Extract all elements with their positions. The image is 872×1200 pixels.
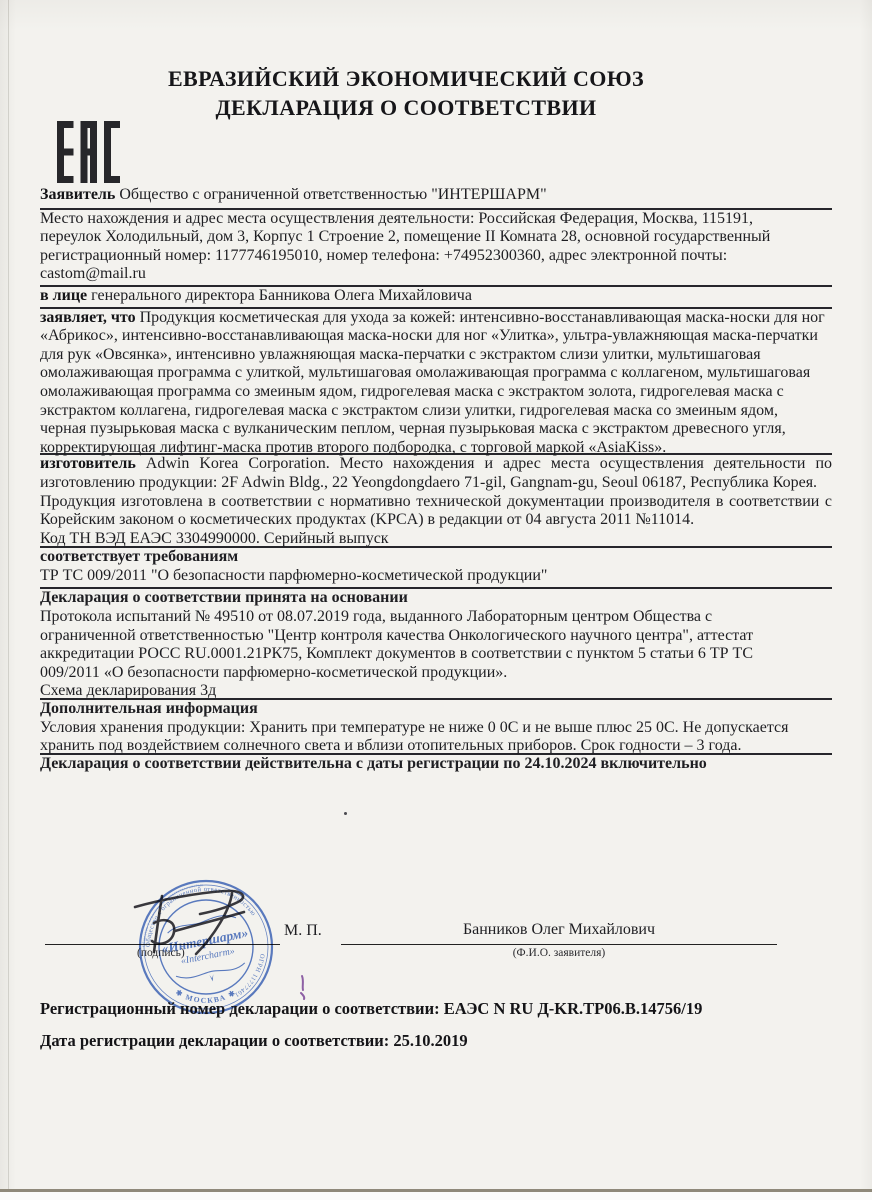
product-list-value: Продукция косметическая для ухода за кож… xyxy=(40,309,825,456)
declaration-of-conformity-document: ЕВРАЗИЙСКИЙ ЭКОНОМИЧЕСКИЙ СОЮЗ ДЕКЛАРАЦИ… xyxy=(0,0,872,1200)
additional-info-heading: Дополнительная информация xyxy=(40,700,832,719)
production-note-value: Продукция изготовлена в соответствии с н… xyxy=(40,493,832,529)
in-person-label: в лице xyxy=(40,287,87,304)
production-note-row: Продукция изготовлена в соответствии с н… xyxy=(40,493,832,530)
manufacturer-row: изготовитель Adwin Korea Corporation. Ме… xyxy=(40,455,832,492)
basis-heading: Декларация о соответствии принята на осн… xyxy=(40,589,832,608)
manufacturer-value: Adwin Korea Corporation. Место нахождени… xyxy=(40,455,832,491)
address-value: Место нахождения и адрес места осуществл… xyxy=(40,210,770,283)
applicant-label: Заявитель xyxy=(40,186,115,203)
registration-number-label: Регистрационный номер декларации о соотв… xyxy=(40,999,440,1018)
address-row: Место нахождения и адрес места осуществл… xyxy=(40,210,832,284)
handwritten-signature xyxy=(118,876,290,968)
declares-label: заявляет, что xyxy=(40,309,136,326)
complies-heading: соответствует требованиям xyxy=(40,548,832,567)
registration-number-value: ЕАЭС N RU Д-KR.ТР06.В.14756/19 xyxy=(444,999,703,1018)
scan-edge-streak xyxy=(8,0,9,1190)
complies-regulation: ТР ТС 009/2011 "О безопасности парфюмерн… xyxy=(40,567,832,586)
document-header: ЕВРАЗИЙСКИЙ ЭКОНОМИЧЕСКИЙ СОЮЗ ДЕКЛАРАЦИ… xyxy=(0,64,812,122)
document-title: ДЕКЛАРАЦИЯ О СООТВЕТСТВИИ xyxy=(0,93,812,122)
basis-text: Протокола испытаний № 49510 от 08.07.201… xyxy=(40,608,832,682)
tnved-code-value: Код ТН ВЭД ЕАЭС 3304990000. Серийный вып… xyxy=(40,530,389,547)
manufacturer-label: изготовитель xyxy=(40,455,136,472)
stamp-ornament xyxy=(209,974,214,982)
document-body: Заявитель Общество с ограниченной ответс… xyxy=(40,186,832,773)
declares-row: заявляет, что Продукция косметическая дл… xyxy=(40,309,832,458)
eac-conformity-mark-icon xyxy=(57,121,120,183)
validity-statement: Декларация о соответствии действительна … xyxy=(40,755,832,774)
scan-background-strip xyxy=(0,1192,872,1200)
registration-date-label: Дата регистрации декларации о соответств… xyxy=(40,1031,389,1050)
registration-number-row: Регистрационный номер декларации о соотв… xyxy=(40,999,702,1019)
in-person-row: в лице генерального директора Банникова … xyxy=(40,287,832,306)
union-title: ЕВРАЗИЙСКИЙ ЭКОНОМИЧЕСКИЙ СОЮЗ xyxy=(0,64,812,93)
registration-date-value: 25.10.2019 xyxy=(393,1031,467,1050)
in-person-value: генерального директора Банникова Олега М… xyxy=(91,287,472,304)
additional-info-text: Условия хранения продукции: Хранить при … xyxy=(40,719,832,756)
applicant-value: Общество с ограниченной ответственностью… xyxy=(119,186,546,203)
applicant-name-caption: (Ф.И.О. заявителя) xyxy=(341,947,777,959)
applicant-row: Заявитель Общество с ограниченной ответс… xyxy=(40,186,832,205)
applicant-full-name: Банников Олег Михайлович xyxy=(341,921,777,939)
applicant-name-line xyxy=(341,944,777,945)
scan-artifact-dot xyxy=(344,812,347,815)
registration-date-row: Дата регистрации декларации о соответств… xyxy=(40,1031,468,1051)
purple-ink-speck xyxy=(294,974,314,1000)
